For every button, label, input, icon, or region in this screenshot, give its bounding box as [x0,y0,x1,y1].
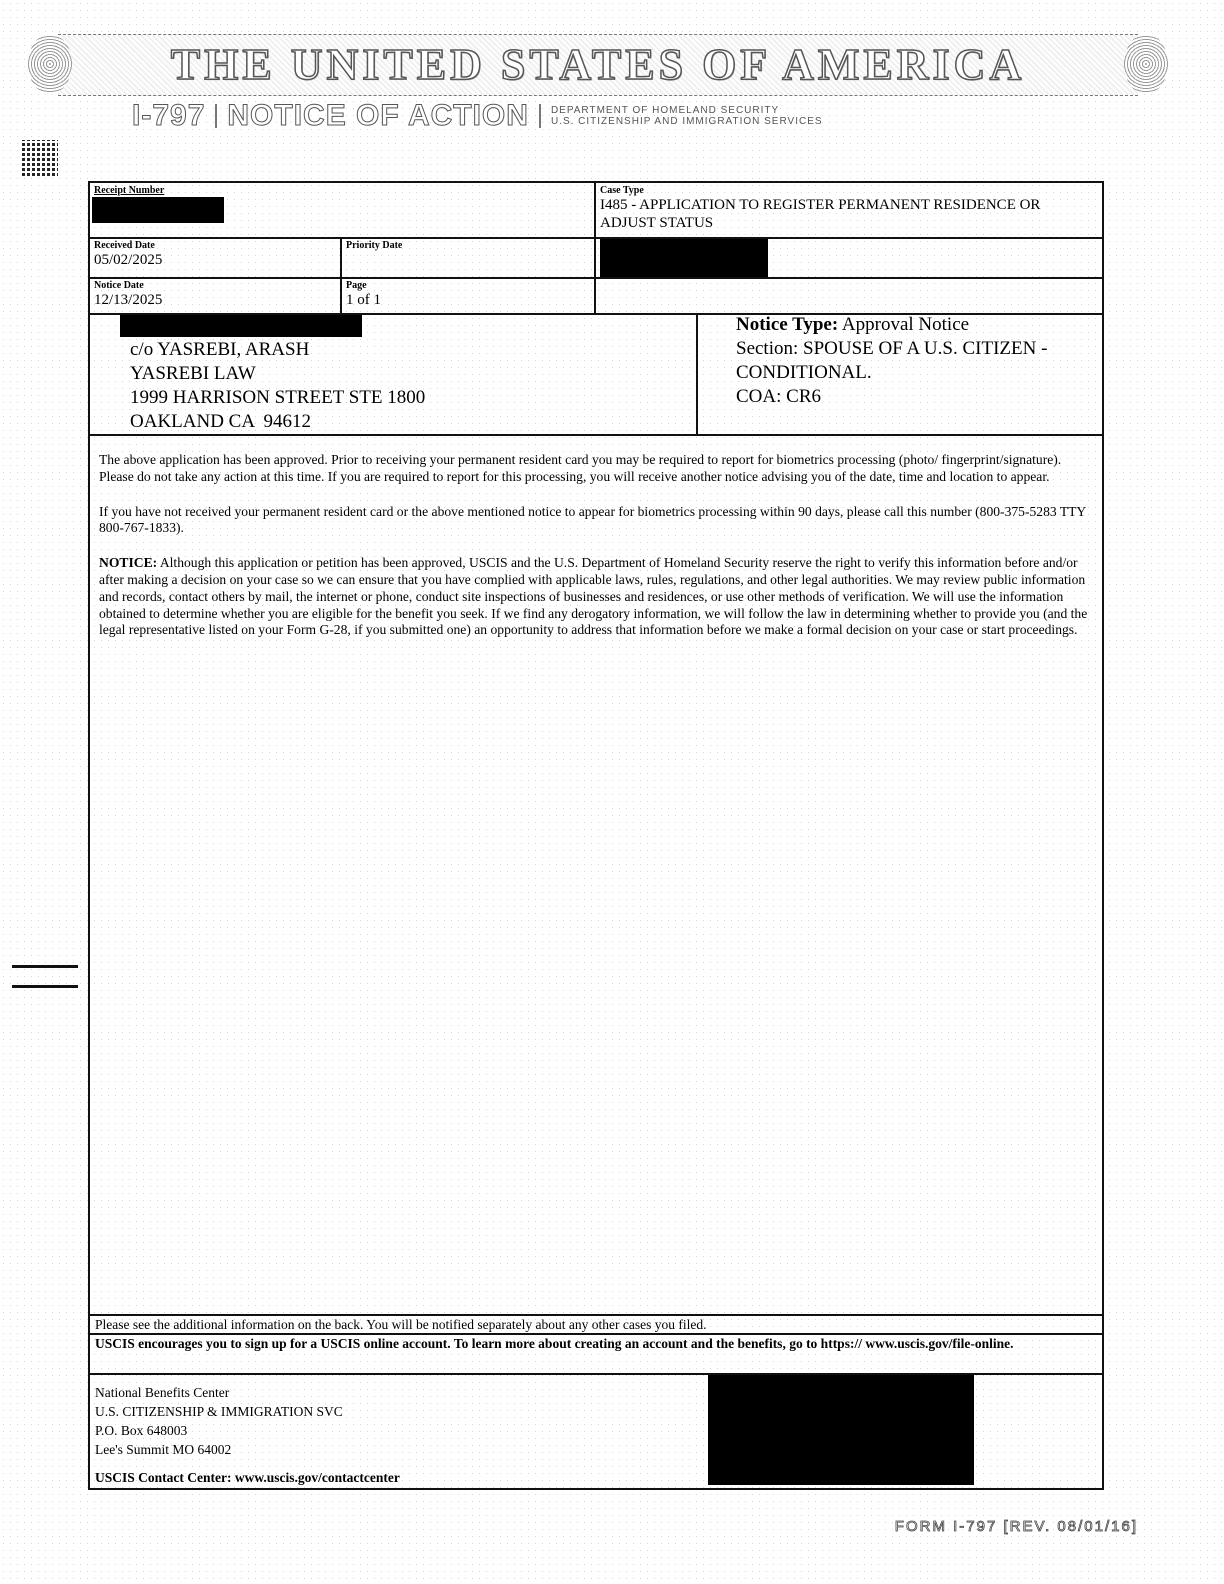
redacted-field [600,239,768,277]
divider [340,237,342,313]
priority-date-label: Priority Date [346,240,591,251]
banner: THE UNITED STATES OF AMERICA [28,8,1168,92]
recipient-street: 1999 HARRISON STREET STE 1800 [130,386,690,410]
body-paragraph-2: If you have not received your permanent … [99,504,1095,538]
banner-ornament-right-icon [1124,34,1168,94]
notice-frame: Receipt Number Case Type I485 - APPLICAT… [88,181,1104,1490]
recipient-city: OAKLAND CA 94612 [130,410,690,434]
form-title: NOTICE OF ACTION [227,99,529,133]
banner-title: THE UNITED STATES OF AMERICA [171,39,1025,90]
notice-date-field: Notice Date 12/13/2025 [94,280,339,312]
notice-type: Notice Type: Approval Notice [736,313,1096,337]
page-label: Page [346,280,591,291]
office-line-4: Lee's Summit MO 64002 [95,1440,695,1459]
notice-date-value: 12/13/2025 [94,291,339,309]
recipient-firm: YASREBI LAW [130,362,690,386]
form-heading: I-797 NOTICE OF ACTION DEPARTMENT OF HOM… [132,100,823,132]
form-code: I-797 [132,99,205,133]
notice-body: The above application has been approved.… [99,452,1095,657]
recipient-care-of: c/o YASREBI, ARASH [130,338,690,362]
received-date-value: 05/02/2025 [94,251,339,269]
notice-coa: COA: CR6 [736,385,1096,409]
divider [696,313,698,434]
office-line-2: U.S. CITIZENSHIP & IMMIGRATION SVC [95,1402,695,1421]
notice-date-label: Notice Date [94,280,339,291]
notice-lead: NOTICE: [99,555,157,570]
page-value: 1 of 1 [346,291,591,309]
fold-mark [12,965,78,968]
receipt-number-redaction [92,197,224,223]
case-type-label: Case Type [600,185,1100,196]
priority-date-field: Priority Date [346,240,591,278]
agency-line-2: U.S. CITIZENSHIP AND IMMIGRATION SERVICE… [551,116,823,127]
recipient-name-redaction [120,315,362,337]
notice-type-label: Notice Type: [736,314,838,335]
notice-section-line-2: CONDITIONAL. [736,361,1096,385]
receipt-number-label: Receipt Number [94,185,594,196]
divider [90,277,1102,279]
heading-divider [539,104,541,128]
divider [594,183,596,313]
form-revision: FORM I-797 [REV. 08/01/16] [895,1518,1138,1535]
page-field: Page 1 of 1 [346,280,591,312]
additional-info: Please see the additional information on… [95,1316,1095,1333]
received-date-field: Received Date 05/02/2025 [94,240,339,278]
notice-type-value: Approval Notice [842,314,969,335]
online-account-notice: USCIS encourages you to sign up for a US… [95,1335,1035,1353]
banner-ornament-left-icon [28,34,72,94]
contact-center: USCIS Contact Center: www.uscis.gov/cont… [95,1469,695,1487]
heading-divider [215,104,217,128]
receipt-number-field: Receipt Number [94,185,594,237]
office-line-1: National Benefits Center [95,1383,695,1402]
office-address: National Benefits Center U.S. CITIZENSHI… [95,1383,695,1459]
case-type-value: I485 - APPLICATION TO REGISTER PERMANENT… [600,196,1080,232]
body-paragraph-3: NOTICE: Although this application or pet… [99,555,1095,639]
barcode-redaction [708,1375,974,1485]
notice-section-line-1: Section: SPOUSE OF A U.S. CITIZEN - [736,337,1096,361]
recipient-address: c/o YASREBI, ARASH YASREBI LAW 1999 HARR… [130,338,690,434]
divider [90,434,1102,436]
received-date-label: Received Date [94,240,339,251]
case-type-field: Case Type I485 - APPLICATION TO REGISTER… [600,185,1100,237]
body-paragraph-1: The above application has been approved.… [99,452,1095,486]
notice-text: Although this application or petition ha… [99,555,1087,637]
fold-mark [12,985,78,988]
agency-name: DEPARTMENT OF HOMELAND SECURITY U.S. CIT… [551,105,823,127]
divider [90,237,1102,239]
notice-type-block: Notice Type: Approval Notice Section: SP… [736,313,1096,409]
agency-line-1: DEPARTMENT OF HOMELAND SECURITY [551,105,779,116]
office-line-3: P.O. Box 648003 [95,1421,695,1440]
datamatrix-barcode-icon [22,140,58,176]
